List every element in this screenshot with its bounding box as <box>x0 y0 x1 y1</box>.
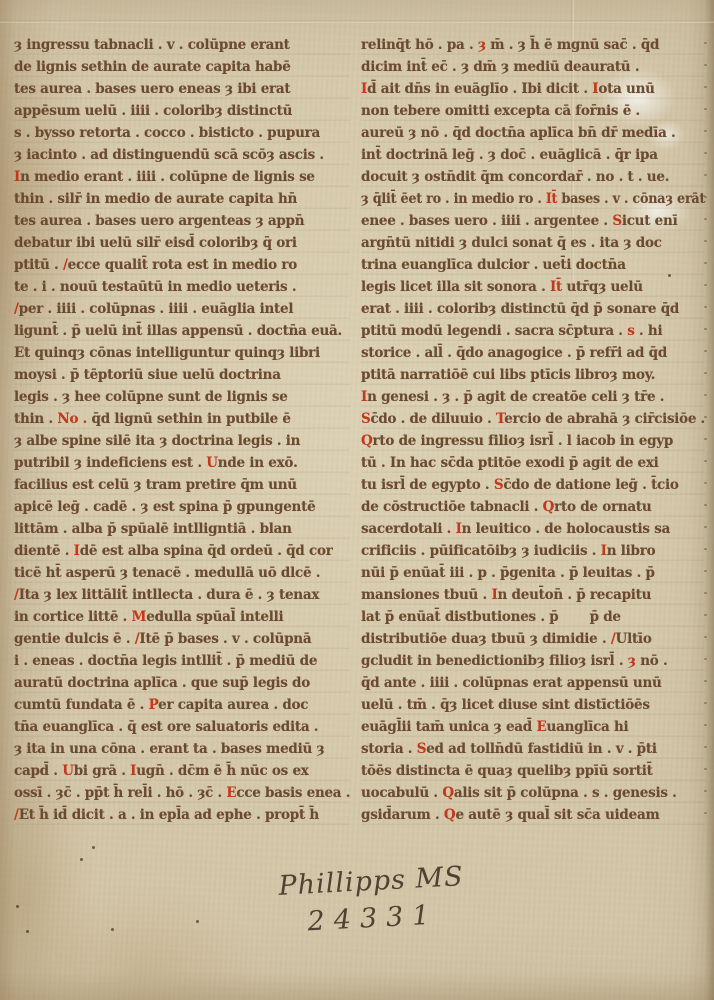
prick-mark <box>704 152 707 154</box>
ink-text: aureū ȝ nō . q̄d doctn̄a aplīca bn̄ dr̄ … <box>361 125 676 141</box>
rubric-mark: P <box>149 697 159 713</box>
text-line: putribil ȝ indeficiens est . Unde in exō… <box>14 451 350 473</box>
prick-mark <box>704 504 707 506</box>
text-line: non tebere omitti excepta cā for̄nis ē . <box>361 99 705 121</box>
prick-mark <box>704 702 707 704</box>
ink-text: cumtū fundata ē . <box>14 697 149 713</box>
ink-text: te . i . nouū testaūtū in medio ueteris … <box>14 279 296 295</box>
text-line: In genesi . ȝ . p̄ agit de creatōe celi … <box>361 385 705 407</box>
ink-text: edulla spūal̄ intelli <box>146 609 283 625</box>
ink-text: ed ad tolln̄dū fastidiū in . v . p̄ti <box>426 741 657 757</box>
ink-text: ȝ iacinto . ad distinguendū scā scōȝ asc… <box>14 147 324 163</box>
ink-text: enee . bases uero . iiii . argentee . <box>361 213 612 229</box>
text-column-right: relinq̄t hō . pa . ȝ m̄ . ȝ h̄ ē mgnū sa… <box>361 33 705 827</box>
rubric-mark: E <box>226 785 236 801</box>
ink-text: thin . silr̄ in medio de aurate capita h… <box>14 191 297 207</box>
rubric-mark: S <box>494 477 504 493</box>
text-line: argn̄tū nitidi ȝ dulci sonat q̄ es . ita… <box>361 231 705 253</box>
text-line: te . i . nouū testaūtū in medio ueteris … <box>14 275 350 297</box>
ink-text: docuit ȝ ostn̄dit q̄m concordar̄ . no . … <box>361 169 669 185</box>
prick-mark <box>704 592 707 594</box>
rubric-mark: T <box>496 411 504 427</box>
text-line: gcludit in benedictionibȝ filioȝ isrl̄ .… <box>361 649 705 671</box>
inscription-shelfmark-number: 24331 <box>232 896 513 942</box>
text-line: littām . alba p̄ spūalē intlligntiā . bl… <box>14 517 350 539</box>
ink-text: ecce qualit̄ rota est in medio ro <box>68 257 297 273</box>
text-line: ptitū modū legendi . sacra sc̄ptura . s … <box>361 319 705 341</box>
text-line: Qrto de ingressu filioȝ isrl̄ . l iacob … <box>361 429 705 451</box>
ink-text: dientē . <box>14 543 74 559</box>
text-line: Et quinqȝ cōnas intelliguntur quinqȝ lib… <box>14 341 350 363</box>
text-line: apicē leḡ . cadē . ȝ est spina p̄ gpunge… <box>14 495 350 517</box>
ink-text: s . bysso retorta . cocco . bisticto . p… <box>14 125 320 141</box>
text-line: sacerdotali . In leuitico . de holocaust… <box>361 517 705 539</box>
text-line: debatur ibi uelū silr̄ eisd̄ coloribȝ q̄… <box>14 231 350 253</box>
text-line: ȝ q̄lit̄ ēet ro . in medio ro . It̄ base… <box>361 187 705 209</box>
prick-mark <box>704 306 707 308</box>
rubric-mark: No . <box>57 411 87 427</box>
text-line: de lignis sethin de aurate capita habē <box>14 55 350 77</box>
ink-text: i . eneas . doctn̄a legis intllit̄ . p̄ … <box>14 653 317 669</box>
rubric-mark: Q <box>361 433 373 449</box>
prick-mark <box>704 768 707 770</box>
prick-mark <box>704 812 707 814</box>
ink-text: int̄ doctrinā leḡ . ȝ doc̄ . euāglicā . … <box>361 147 658 163</box>
ink-text: ossī . ȝc̄ . pp̄t h̄ rel̄i . hō . ȝc̄ . <box>14 785 226 801</box>
ink-text: ȝ albe spine silē ita ȝ doctrina legis .… <box>14 433 300 449</box>
ink-text: distributiōe duaȝ tbuū ȝ dimidie . <box>361 631 611 647</box>
text-line: ȝ ingressu tabnacli . v . colūpne erant <box>14 33 350 55</box>
ink-text: uanglīca hi <box>547 719 629 735</box>
ink-text: thin . <box>14 411 57 427</box>
text-line: ossī . ȝc̄ . pp̄t h̄ rel̄i . hō . ȝc̄ . … <box>14 781 350 803</box>
text-line: In medio erant . iiii . colūpne de ligni… <box>14 165 350 187</box>
text-line: thin . No . q̄d lignū sethin in putbile … <box>14 407 350 429</box>
ink-text: n medio erant . iiii . colūpne de lignis… <box>20 169 315 185</box>
ink-text: debatur ibi uelū silr̄ eisd̄ coloribȝ q̄… <box>14 235 297 251</box>
ink-text: legis licet illa sit sonora . <box>361 279 550 295</box>
rubric-mark: S <box>417 741 427 757</box>
ink-text: tōēs distincta ē quaȝ quelibȝ ppīū sorti… <box>361 763 653 779</box>
text-line: ptitū . /ecce qualit̄ rota est in medio … <box>14 253 350 275</box>
text-line: nūi p̄ enūat̄ iii . p . p̄genita . p̄ le… <box>361 561 705 583</box>
text-line: tū . In hac sc̄da ptitōe exodi p̄ agit d… <box>361 451 705 473</box>
ink-text: d̄ ait dn̄s in euāglīo . Ibi dicit . <box>367 81 592 97</box>
ink-text: trina euanglīca dulcior . uet̄i doctn̄a <box>361 257 626 273</box>
ink-text: relinq̄t hō . pa . <box>361 37 478 53</box>
ink-text: tu isrl̄ de egypto . <box>361 477 494 493</box>
ink-text: putribil ȝ indeficiens est . <box>14 455 206 471</box>
text-line: cumtū fundata ē . Per capita aurea . doc <box>14 693 350 715</box>
text-line: distributiōe duaȝ tbuū ȝ dimidie . /Ultī… <box>361 627 705 649</box>
ink-text: in cortice littē . <box>14 609 132 625</box>
prick-mark <box>704 174 707 176</box>
text-line: dicim int̄ ec̄ . ȝ dm̄ ȝ mediū deauratū … <box>361 55 705 77</box>
text-line: int̄ doctrinā leḡ . ȝ doc̄ . euāglicā . … <box>361 143 705 165</box>
text-line: Sc̄do . de diluuio . Tercio de abrahā ȝ … <box>361 407 705 429</box>
ink-text: cce basis enea . <box>236 785 350 801</box>
rubric-mark: ȝ <box>628 653 636 669</box>
prick-mark <box>704 86 707 88</box>
text-line: q̄d ante . iiii . colūpnas erat appensū … <box>361 671 705 693</box>
prick-mark <box>704 350 707 352</box>
ink-text: erat . iiii . coloribȝ distinctū q̄d p̄ … <box>361 301 679 317</box>
ink-text: uocabulū . <box>361 785 442 801</box>
prick-mark <box>704 614 707 616</box>
ink-text: ȝ ita in una cōna . erant ta . bases med… <box>14 741 324 757</box>
rubric-mark: s <box>627 323 634 339</box>
prick-mark <box>704 240 707 242</box>
text-line: tu isrl̄ de egypto . Sc̄do de datione le… <box>361 473 705 495</box>
ink-text: ȝ q̄lit̄ ēet ro . in medio ro . <box>361 191 546 207</box>
ink-text: tū . In hac sc̄da ptitōe exodi p̄ agit d… <box>361 455 659 471</box>
ink-text: nō . <box>636 653 668 669</box>
text-line: tōēs distincta ē quaȝ quelibȝ ppīū sorti… <box>361 759 705 781</box>
text-line: ptitā narratiōē cui libs ptīcis libroȝ m… <box>361 363 705 385</box>
rubric-mark: Q <box>543 499 555 515</box>
ink-text: de cōstructiōe tabnacli . <box>361 499 543 515</box>
ink-text: Et h̄ id̄ dicit . a . in epl̄a ad ephe .… <box>19 807 319 823</box>
rubric-mark: It̄ <box>550 279 562 295</box>
text-line: /Ita ȝ lex littālit̄ intllecta . dura ē … <box>14 583 350 605</box>
ink-text: n libro <box>607 543 656 559</box>
ink-text: utr̄qȝ uelū <box>562 279 643 295</box>
ink-text: tes aurea . bases uero argenteas ȝ appn̄ <box>14 213 304 229</box>
rubric-mark: E <box>536 719 546 735</box>
text-line: ȝ ita in una cōna . erant ta . bases med… <box>14 737 350 759</box>
ink-text: Ita ȝ lex littālit̄ intllecta . dura ē .… <box>19 587 319 603</box>
text-line: enee . bases uero . iiii . argentee . Si… <box>361 209 705 231</box>
prick-mark <box>704 416 707 418</box>
ink-text: de lignis sethin de aurate capita habē <box>14 59 291 75</box>
ink-text: nde in exō. <box>218 455 298 471</box>
prick-mark <box>704 130 707 132</box>
ink-speck <box>16 905 19 908</box>
text-line: /Et h̄ id̄ dicit . a . in epl̄a ad ephe … <box>14 803 350 825</box>
ink-text: alis sit p̄ colūpna . s . genesis . <box>454 785 677 801</box>
ink-text: . hi <box>635 323 663 339</box>
ink-text: ticē ht̄ asperū ȝ tenacē . medullā uō dl… <box>14 565 320 581</box>
text-line: aureū ȝ nō . q̄d doctn̄a aplīca bn̄ dr̄ … <box>361 121 705 143</box>
ink-speck <box>111 928 114 931</box>
ink-text: Itē p̄ bases . v . colūpnā <box>139 631 311 647</box>
text-line: ȝ albe spine silē ita ȝ doctrina legis .… <box>14 429 350 451</box>
text-line: trina euanglīca dulcior . uet̄i doctn̄a <box>361 253 705 275</box>
ink-text: littām . alba p̄ spūalē intlligntiā . bl… <box>14 521 292 537</box>
ink-text: tes aurea . bases uero eneas ȝ ibi erat <box>14 81 290 97</box>
ink-text: tn̄a euanglīca . q̄ est ore saluatoris e… <box>14 719 318 735</box>
ink-text: gsid̄arum . <box>361 807 444 823</box>
text-column-left: ȝ ingressu tabnacli . v . colūpne erantd… <box>14 33 350 827</box>
ink-text: ugn̄ . dc̄m ē h̄ nūc os ex <box>136 763 308 779</box>
ink-text: argn̄tū nitidi ȝ dulci sonat q̄ es . ita… <box>361 235 662 251</box>
prick-mark <box>704 548 707 550</box>
prick-mark <box>704 570 707 572</box>
ink-text: euāgl̄ii tam̄ unica ȝ ead̄ <box>361 719 536 735</box>
prick-mark <box>704 284 707 286</box>
text-line: dientē . Idē est alba spina q̄d ordeū . … <box>14 539 350 561</box>
rubric-mark: U <box>206 455 218 471</box>
text-line: uelū . tm̄ . q̄ȝ licet diuse sint distīc… <box>361 693 705 715</box>
text-line: facilius est celū ȝ tram pretire q̄m unū <box>14 473 350 495</box>
ink-text: capd̄ . <box>14 763 62 779</box>
ink-text: dicim int̄ ec̄ . ȝ dm̄ ȝ mediū deauratū … <box>361 59 639 75</box>
rubric-mark: Q <box>442 785 454 801</box>
text-line: appēsum uelū . iiii . coloribȝ distinctū <box>14 99 350 121</box>
ink-text: rto de ornatu <box>554 499 651 515</box>
ink-text: moysi . p̄ tēptoriū siue uelū doctrina <box>14 367 281 383</box>
text-line: /per . iiii . colūpnas . iiii . euāglia … <box>14 297 350 319</box>
prick-mark <box>704 196 707 198</box>
ink-text: e autē ȝ qual̄ sit sc̄a uideam <box>455 807 659 823</box>
text-line: s . bysso retorta . cocco . bisticto . p… <box>14 121 350 143</box>
ink-text: facilius est celū ȝ tram pretire q̄m unū <box>14 477 297 493</box>
ink-text: q̄d lignū sethin in putbile ē <box>87 411 291 427</box>
ink-text: legis . ȝ hee colūpne sunt de lignis se <box>14 389 288 405</box>
ink-text: dē est alba spina q̄d ordeū . q̄d cor <box>80 543 333 559</box>
text-line: relinq̄t hō . pa . ȝ m̄ . ȝ h̄ ē mgnū sa… <box>361 33 705 55</box>
horizontal-crease <box>0 20 714 23</box>
prick-mark <box>704 526 707 528</box>
text-line: legis . ȝ hee colūpne sunt de lignis se <box>14 385 350 407</box>
text-line: auratū doctrina aplīca . que sup̄ legis … <box>14 671 350 693</box>
prick-mark <box>704 262 707 264</box>
prick-mark <box>704 64 707 66</box>
ink-text: bi grā . <box>74 763 130 779</box>
ink-text: Et quinqȝ cōnas intelliguntur quinqȝ lib… <box>14 345 320 361</box>
prick-mark <box>704 680 707 682</box>
ink-text: gentie dulcis ē . <box>14 631 135 647</box>
text-line: in cortice littē . Medulla spūal̄ intell… <box>14 605 350 627</box>
prick-mark <box>704 658 707 660</box>
prick-mark <box>704 42 707 44</box>
rubric-mark: U <box>62 763 74 779</box>
prick-mark <box>704 482 707 484</box>
text-line: Id̄ ait dn̄s in euāglīo . Ibi dicit . Io… <box>361 77 705 99</box>
ink-text: ligunt̄ . p̄ uelū int̄ illas appensū . d… <box>14 323 342 339</box>
phillipps-inscription: Phillipps MS 24331 <box>230 859 513 942</box>
ink-text: ota unū <box>598 81 654 97</box>
ink-text: auratū doctrina aplīca . que sup̄ legis … <box>14 675 310 691</box>
prick-mark <box>704 218 707 220</box>
ink-speck <box>80 858 83 861</box>
ink-text: ptitū . <box>14 257 63 273</box>
prick-mark <box>704 746 707 748</box>
text-line: capd̄ . Ubi grā . Iugn̄ . dc̄m ē h̄ nūc … <box>14 759 350 781</box>
ink-text: nūi p̄ enūat̄ iii . p . p̄genita . p̄ le… <box>361 565 655 581</box>
text-line: thin . silr̄ in medio de aurate capita h… <box>14 187 350 209</box>
text-line: ligunt̄ . p̄ uelū int̄ illas appensū . d… <box>14 319 350 341</box>
ink-text: bases . v . cōnaȝ erāt <box>557 191 705 207</box>
text-line: tes aurea . bases uero argenteas ȝ appn̄ <box>14 209 350 231</box>
prick-mark <box>704 108 707 110</box>
prick-mark <box>704 438 707 440</box>
ink-speck <box>26 930 29 933</box>
ink-text: ptitā narratiōē cui libs ptīcis libroȝ m… <box>361 367 655 383</box>
prick-mark <box>704 724 707 726</box>
rubric-mark: M <box>132 609 147 625</box>
ink-text: appēsum uelū . iiii . coloribȝ distinctū <box>14 103 292 119</box>
rubric-mark: S <box>612 213 622 229</box>
ink-text: n leuitico . de holocaustis sa <box>462 521 670 537</box>
ink-text: icut enī <box>622 213 678 229</box>
ink-speck <box>196 920 199 923</box>
rubric-mark: S <box>361 411 370 427</box>
prick-mark <box>704 636 707 638</box>
ink-text: crificiis . pūificatōibȝ ȝ iudiciis . <box>361 543 601 559</box>
rubric-mark: ȝ <box>478 37 486 53</box>
prick-mark <box>704 460 707 462</box>
ink-speck <box>92 846 95 849</box>
ink-text: mansiones tbuū . <box>361 587 491 603</box>
text-line: lat p̄ enūat̄ distbutiones . p̄ p̄ de <box>361 605 705 627</box>
prick-mark <box>704 372 707 374</box>
ink-text: ȝ ingressu tabnacli . v . colūpne erant <box>14 37 290 53</box>
text-line: gentie dulcis ē . /Itē p̄ bases . v . co… <box>14 627 350 649</box>
text-line: de cōstructiōe tabnacli . Qrto de ornatu <box>361 495 705 517</box>
text-line: tn̄a euanglīca . q̄ est ore saluatoris e… <box>14 715 350 737</box>
ink-text: c̄do . de diluuio . <box>370 411 496 427</box>
text-line: tes aurea . bases uero eneas ȝ ibi erat <box>14 77 350 99</box>
rubric-mark: It̄ <box>546 191 557 207</box>
ink-text: Ultīo <box>616 631 652 647</box>
text-line: euāgl̄ii tam̄ unica ȝ ead̄ Euanglīca hi <box>361 715 705 737</box>
ink-text: rto de ingressu filioȝ isrl̄ . l iacob i… <box>373 433 674 449</box>
ink-text: c̄do de datione leḡ . t̄cio <box>503 477 678 493</box>
ink-text: m̄ . ȝ h̄ ē mgnū sac̄ . q̄d <box>486 37 659 53</box>
prick-mark <box>704 790 707 792</box>
text-line: uocabulū . Qalis sit p̄ colūpna . s . ge… <box>361 781 705 803</box>
ink-text: sacerdotali . <box>361 521 456 537</box>
ink-text: ercio de abrahā ȝ cir̄cisiōe . <box>504 411 705 427</box>
ink-text: per . iiii . colūpnas . iiii . euāglia i… <box>19 301 294 317</box>
ink-text: lat p̄ enūat̄ distbutiones . p̄ p̄ de <box>361 609 621 625</box>
text-line: docuit ȝ ostn̄dit q̄m concordar̄ . no . … <box>361 165 705 187</box>
text-line: crificiis . pūificatōibȝ ȝ iudiciis . In… <box>361 539 705 561</box>
text-line: gsid̄arum . Qe autē ȝ qual̄ sit sc̄a uid… <box>361 803 705 825</box>
ink-text: n genesi . ȝ . p̄ agit de creatōe celi ȝ… <box>367 389 664 405</box>
ink-text: er capita aurea . doc <box>158 697 308 713</box>
text-line: erat . iiii . coloribȝ distinctū q̄d p̄ … <box>361 297 705 319</box>
rubric-mark: Q <box>444 807 456 823</box>
prick-mark <box>704 394 707 396</box>
text-line: ticē ht̄ asperū ȝ tenacē . medullā uō dl… <box>14 561 350 583</box>
manuscript-page: ȝ ingressu tabnacli . v . colūpne erantd… <box>0 0 714 1000</box>
ink-text: uelū . tm̄ . q̄ȝ licet diuse sint distīc… <box>361 697 650 713</box>
ink-text: q̄d ante . iiii . colūpnas erat appensū … <box>361 675 662 691</box>
text-line: ȝ iacinto . ad distinguendū scā scōȝ asc… <box>14 143 350 165</box>
text-line: storice . all̄ . q̄do anagogice . p̄ ref… <box>361 341 705 363</box>
text-line: legis licet illa sit sonora . It̄ utr̄qȝ… <box>361 275 705 297</box>
ink-text: ptitū modū legendi . sacra sc̄ptura . <box>361 323 627 339</box>
ink-text: gcludit in benedictionibȝ filioȝ isrl̄ . <box>361 653 628 669</box>
prick-mark <box>704 328 707 330</box>
text-line: mansiones tbuū . In deut̄on̄ . p̄ recapi… <box>361 583 705 605</box>
text-line: moysi . p̄ tēptoriū siue uelū doctrina <box>14 363 350 385</box>
ink-text: apicē leḡ . cadē . ȝ est spina p̄ gpunge… <box>14 499 315 515</box>
text-line: i . eneas . doctn̄a legis intllit̄ . p̄ … <box>14 649 350 671</box>
ink-text: n deut̄on̄ . p̄ recapitu <box>498 587 652 603</box>
ink-text: storia . <box>361 741 417 757</box>
ink-text: non tebere omitti excepta cā for̄nis ē . <box>361 103 640 119</box>
text-line: storia . Sed ad tolln̄dū fastidiū in . v… <box>361 737 705 759</box>
ink-text: storice . all̄ . q̄do anagogice . p̄ ref… <box>361 345 667 361</box>
